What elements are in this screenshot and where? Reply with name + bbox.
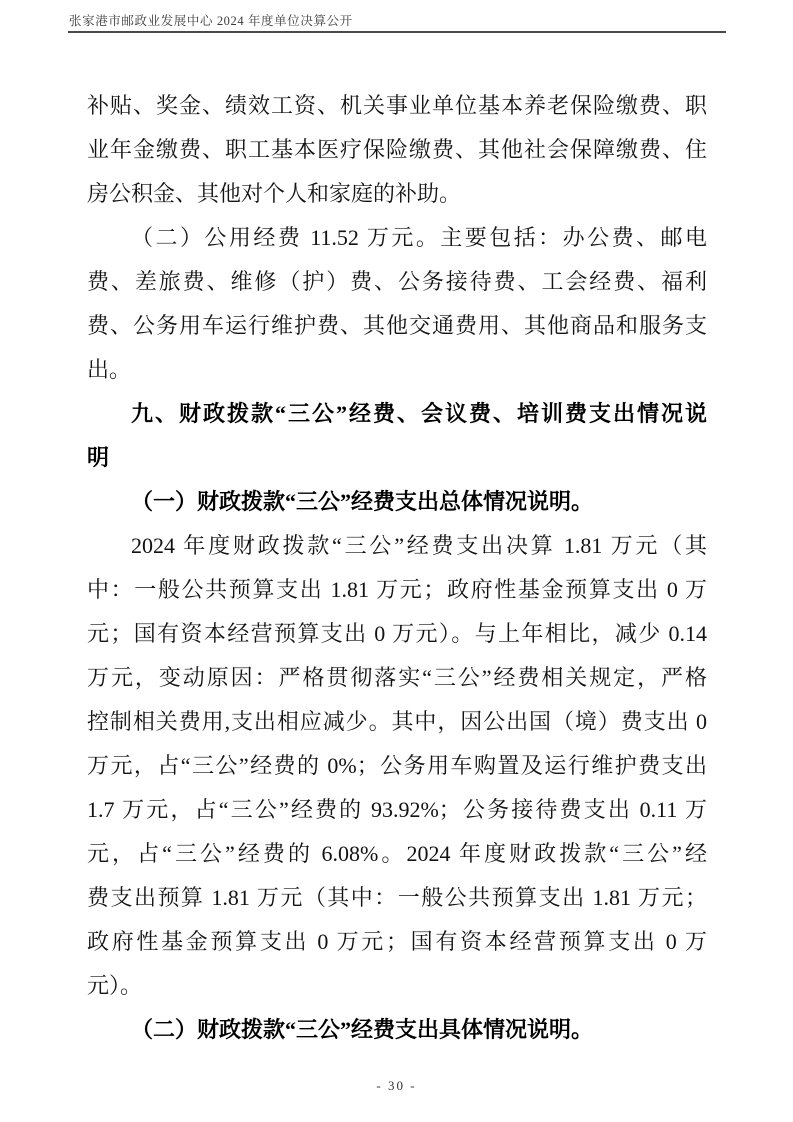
- text-line: 出。: [87, 348, 707, 392]
- heading-paragraph: （一）财政拨款“三公”经费支出总体情况说明。: [87, 480, 707, 524]
- text-line: （二）公用经费 11.52 万元。主要包括：办公费、邮电: [87, 216, 707, 260]
- text-line: 万元，占“三公”经费的 0%；公务用车购置及运行维护费支出: [87, 744, 707, 788]
- text-line: 控制相关费用,支出相应减少。其中，因公出国（境）费支出 0: [87, 700, 707, 744]
- text-line: （二）财政拨款“三公”经费支出具体情况说明。: [87, 1008, 707, 1052]
- text-line: 中：一般公共预算支出 1.81 万元；政府性基金预算支出 0 万: [87, 568, 707, 612]
- heading-paragraph: 九、财政拨款“三公”经费、会议费、培训费支出情况说明: [87, 392, 707, 480]
- body-paragraph: 2024 年度财政拨款“三公”经费支出决算 1.81 万元（其中：一般公共预算支…: [87, 524, 707, 1008]
- body-paragraph: 补贴、奖金、绩效工资、机关事业单位基本养老保险缴费、职业年金缴费、职工基本医疗保…: [87, 84, 707, 216]
- text-line: 费支出预算 1.81 万元（其中：一般公共预算支出 1.81 万元；: [87, 876, 707, 920]
- text-line: 业年金缴费、职工基本医疗保险缴费、其他社会保障缴费、住: [87, 128, 707, 172]
- text-line: 九、财政拨款“三公”经费、会议费、培训费支出情况说: [87, 392, 707, 436]
- text-line: 补贴、奖金、绩效工资、机关事业单位基本养老保险缴费、职: [87, 84, 707, 128]
- header-divider: [68, 31, 726, 33]
- heading-paragraph: （二）财政拨款“三公”经费支出具体情况说明。: [87, 1008, 707, 1052]
- text-line: 元）。: [87, 964, 707, 1008]
- text-line: 2024 年度财政拨款“三公”经费支出决算 1.81 万元（其: [87, 524, 707, 568]
- text-line: （一）财政拨款“三公”经费支出总体情况说明。: [87, 480, 707, 524]
- text-line: 房公积金、其他对个人和家庭的补助。: [87, 172, 707, 216]
- text-line: 元，占“三公”经费的 6.08%。2024 年度财政拨款“三公”经: [87, 832, 707, 876]
- document-page: 张家港市邮政业发展中心 2024 年度单位决算公开 补贴、奖金、绩效工资、机关事…: [0, 0, 793, 1122]
- page-number: - 30 -: [376, 1078, 416, 1093]
- text-line: 万元，变动原因：严格贯彻落实“三公”经费相关规定，严格: [87, 656, 707, 700]
- text-line: 费、公务用车运行维护费、其他交通费用、其他商品和服务支: [87, 304, 707, 348]
- text-line: 1.7 万元，占“三公”经费的 93.92%；公务接待费支出 0.11 万: [87, 788, 707, 832]
- header-title: 张家港市邮政业发展中心 2024 年度单位决算公开: [69, 11, 353, 29]
- text-line: 明: [87, 436, 707, 480]
- document-body: 补贴、奖金、绩效工资、机关事业单位基本养老保险缴费、职业年金缴费、职工基本医疗保…: [87, 84, 707, 1052]
- body-paragraph: （二）公用经费 11.52 万元。主要包括：办公费、邮电费、差旅费、维修（护）费…: [87, 216, 707, 392]
- text-line: 政府性基金预算支出 0 万元；国有资本经营预算支出 0 万: [87, 920, 707, 964]
- text-line: 费、差旅费、维修（护）费、公务接待费、工会经费、福利: [87, 260, 707, 304]
- text-line: 元；国有资本经营预算支出 0 万元）。与上年相比，减少 0.14: [87, 612, 707, 656]
- document-footer: - 30 -: [0, 1078, 793, 1094]
